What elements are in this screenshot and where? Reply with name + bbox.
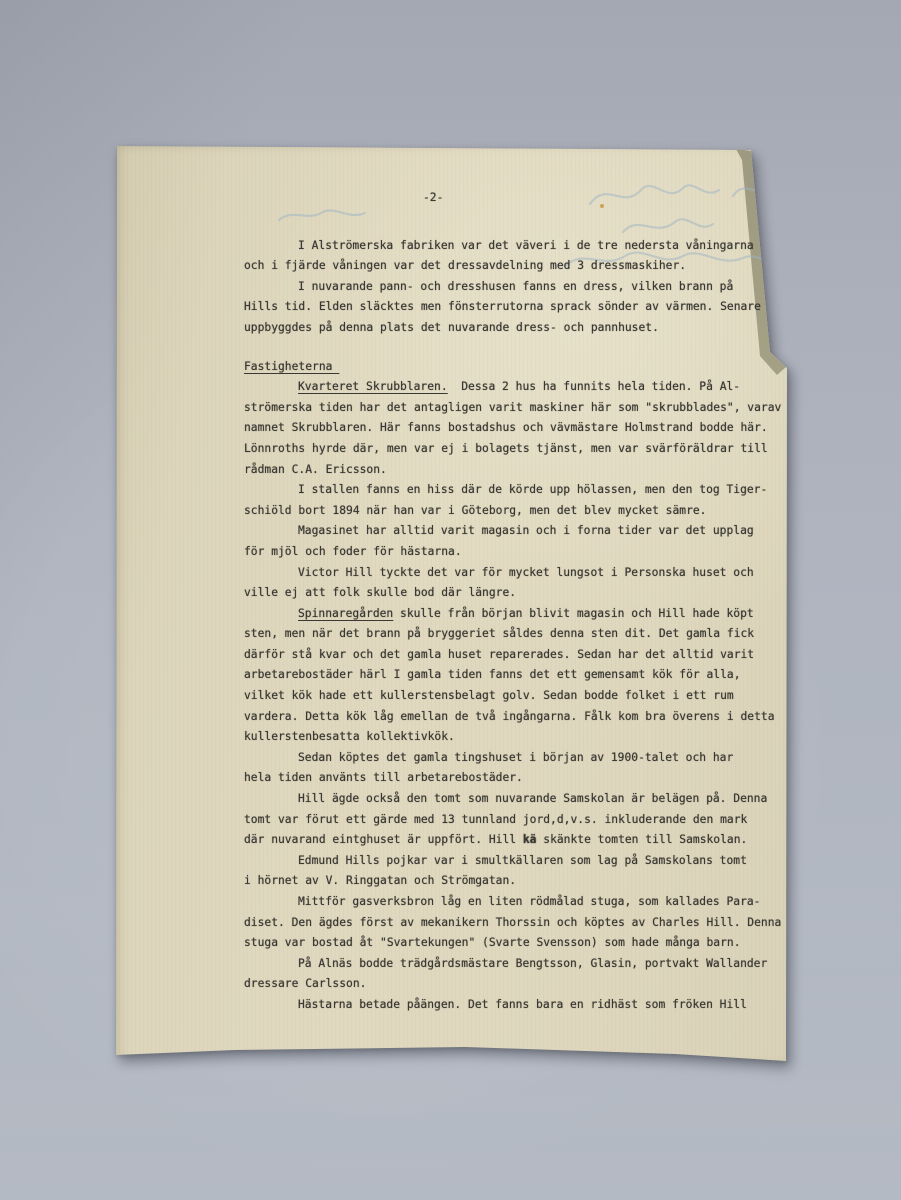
text-line: tomt var förut ett gärde med 13 tunnland…: [244, 810, 789, 831]
paper-shadow-wrap: -2- I Alströmerska fabriken var det väve…: [0, 0, 901, 1200]
text-line: arbetarebostäder härl I gamla tiden fann…: [244, 665, 789, 686]
text-segment: vardera. Detta kök låg emellan de två in…: [244, 710, 775, 723]
text-line: kullerstenbesatta kollektivkök.: [244, 727, 789, 748]
text-segment: I nuvarande pann- och dresshusen fanns e…: [298, 280, 733, 293]
text-segment: kullerstenbesatta kollektivkök.: [244, 730, 455, 743]
text-line: strömerska tiden har det antagligen vari…: [244, 398, 789, 419]
text-segment: vilket kök hade ett kullerstensbelagt go…: [244, 689, 734, 702]
text-segment: i hörnet av V. Ringgatan och Strömgatan.: [244, 874, 516, 887]
text-line: diset. Den ägdes först av mekanikern Tho…: [244, 913, 789, 934]
text-segment: skulle från början blivit magasin och Hi…: [393, 607, 753, 620]
underlined-text: Fastigheterna: [244, 360, 339, 373]
text-segment: Edmund Hills pojkar var i smultkällaren …: [298, 854, 747, 867]
text-segment: dressare Carlsson.: [244, 977, 366, 990]
text-line: uppbyggdes på denna plats det nuvarande …: [244, 318, 789, 339]
text-line: stuga var bostad åt "Svartekungen" (Svar…: [244, 933, 789, 954]
text-segment: uppbyggdes på denna plats det nuvarande …: [244, 321, 659, 334]
text-line: På Alnäs bodde trädgårdsmästare Bengtsso…: [244, 954, 789, 975]
text-segment: därför stå kvar och det gamla huset repa…: [244, 648, 754, 661]
text-segment: Hills tid. Elden släcktes men fönsterrut…: [244, 300, 761, 313]
text-segment: för mjöl och foder för hästarna.: [244, 545, 462, 558]
text-segment: arbetarebostäder härl I gamla tiden fann…: [244, 668, 741, 681]
text-line: Mittför gasverksbron låg en liten rödmål…: [244, 892, 789, 913]
text-segment: rådman C.A. Ericsson.: [244, 463, 387, 476]
text-segment: hela tiden använts till arbetarebostäder…: [244, 771, 523, 784]
typewritten-content: -2- I Alströmerska fabriken var det väve…: [244, 188, 789, 1016]
text-segment: Magasinet har alltid varit magasin och i…: [298, 524, 754, 537]
text-line: Hästarna betade påängen. Det fanns bara …: [244, 995, 789, 1016]
text-line: Hill ägde också den tomt som nuvarande S…: [244, 789, 789, 810]
text-segment: schiöld bort 1894 när han var i Göteborg…: [244, 504, 707, 517]
text-line: Lönnroths hyrde där, men var ej i bolage…: [244, 439, 789, 460]
text-segment: tomt var förut ett gärde med 13 tunnland…: [244, 813, 747, 826]
typewritten-lines: I Alströmerska fabriken var det väveri i…: [244, 236, 789, 1016]
text-line: Spinnaregården skulle från början blivit…: [244, 604, 789, 625]
text-segment: Sedan köptes det gamla tingshuset i börj…: [298, 751, 733, 764]
text-line: och i fjärde våningen var det dressavdel…: [244, 256, 789, 277]
text-line: där nuvarand eintghuset är uppfört. Hill…: [244, 830, 789, 851]
text-line: hela tiden använts till arbetarebostäder…: [244, 768, 789, 789]
text-segment: diset. Den ägdes först av mekanikern Tho…: [244, 916, 781, 929]
document-page: -2- I Alströmerska fabriken var det väve…: [115, 144, 788, 1063]
text-segment: Mittför gasverksbron låg en liten rödmål…: [298, 895, 761, 908]
text-segment: där nuvarand eintghuset är uppfört. Hill: [244, 833, 523, 846]
text-line: I Alströmerska fabriken var det väveri i…: [244, 236, 789, 257]
text-line: Magasinet har alltid varit magasin och i…: [244, 521, 789, 542]
text-segment: I Alströmerska fabriken var det väveri i…: [298, 239, 754, 252]
text-line: vardera. Detta kök låg emellan de två in…: [244, 707, 789, 728]
text-line: rådman C.A. Ericsson.: [244, 460, 789, 481]
text-line: I nuvarande pann- och dresshusen fanns e…: [244, 277, 789, 298]
text-segment: stuga var bostad åt "Svartekungen" (Svar…: [244, 936, 741, 949]
text-segment: Victor Hill tyckte det var för mycket lu…: [298, 566, 754, 579]
text-segment: kä: [523, 833, 537, 846]
text-segment: ville ej att folk skulle bod där längre.: [244, 586, 516, 599]
text-line: Kvarteret Skrubblaren. Dessa 2 hus ha fu…: [244, 377, 789, 398]
text-segment: skänkte tomten till Samskolan.: [536, 833, 747, 846]
text-line: Victor Hill tyckte det var för mycket lu…: [244, 563, 789, 584]
text-line: Fastigheterna: [244, 357, 789, 378]
underlined-text: Kvarteret Skrubblaren.: [298, 380, 448, 393]
text-line: därför stå kvar och det gamla huset repa…: [244, 645, 789, 666]
text-segment: Dessa 2 hus ha funnits hela tiden. På Al…: [448, 380, 740, 393]
text-segment: namnet Skrubblaren. Här fanns bostadshus…: [244, 421, 768, 434]
text-line: sten, men när det brann på bryggeriet så…: [244, 624, 789, 645]
text-segment: På Alnäs bodde trädgårdsmästare Bengtsso…: [298, 957, 767, 970]
text-line: schiöld bort 1894 när han var i Göteborg…: [244, 501, 789, 522]
text-line: för mjöl och foder för hästarna.: [244, 542, 789, 563]
photo-backdrop: -2- I Alströmerska fabriken var det väve…: [0, 0, 901, 1200]
text-line: i hörnet av V. Ringgatan och Strömgatan.: [244, 871, 789, 892]
text-line: ville ej att folk skulle bod där längre.: [244, 583, 789, 604]
page-number: -2-: [423, 188, 789, 209]
text-segment: strömerska tiden har det antagligen vari…: [244, 401, 781, 414]
text-line: I stallen fanns en hiss där de körde upp…: [244, 480, 789, 501]
text-line: Edmund Hills pojkar var i smultkällaren …: [244, 851, 789, 872]
text-segment: Hill ägde också den tomt som nuvarande S…: [298, 792, 767, 805]
text-segment: sten, men när det brann på bryggeriet så…: [244, 627, 754, 640]
text-segment: Lönnroths hyrde där, men var ej i bolage…: [244, 442, 768, 455]
underlined-text: Spinnaregården: [298, 607, 393, 620]
text-segment: Hästarna betade påängen. Det fanns bara …: [298, 998, 747, 1011]
text-line: namnet Skrubblaren. Här fanns bostadshus…: [244, 418, 789, 439]
text-segment: och i fjärde våningen var det dressavdel…: [244, 259, 686, 272]
text-line: Sedan köptes det gamla tingshuset i börj…: [244, 748, 789, 769]
text-line: dressare Carlsson.: [244, 974, 789, 995]
text-segment: I stallen fanns en hiss där de körde upp…: [298, 483, 767, 496]
text-line: Hills tid. Elden släcktes men fönsterrut…: [244, 297, 789, 318]
text-line: vilket kök hade ett kullerstensbelagt go…: [244, 686, 789, 707]
